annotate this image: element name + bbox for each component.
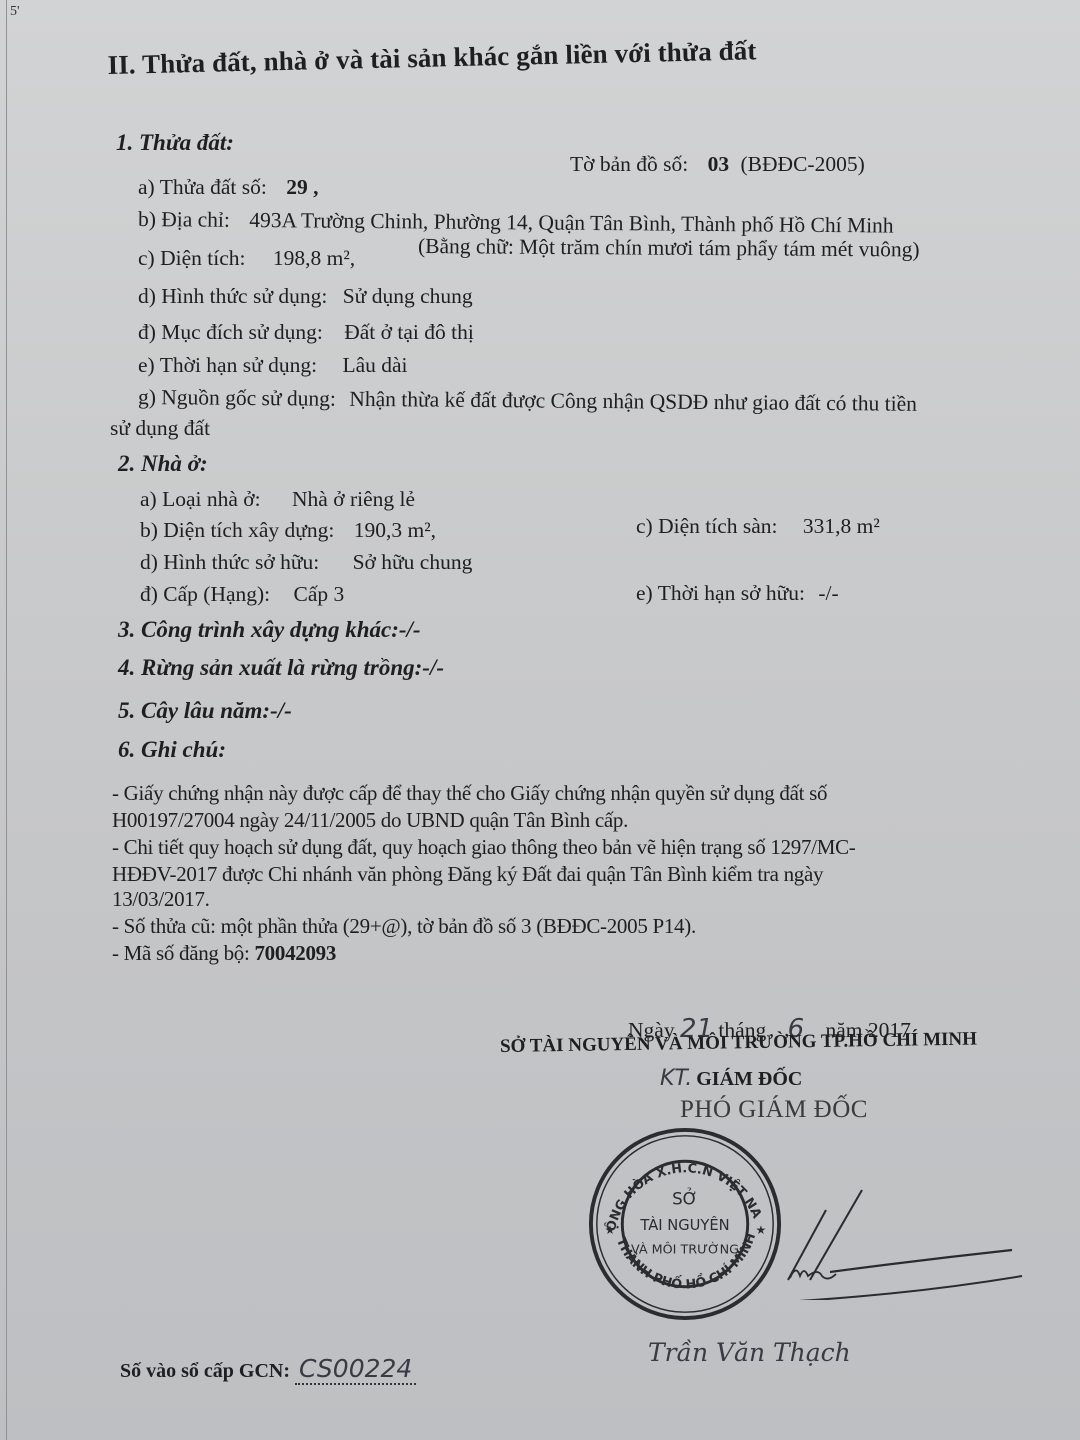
kt-handwritten: KT. xyxy=(660,1066,692,1091)
house-type: a) Loại nhà ở: Nhà ở riêng lẻ xyxy=(140,487,415,512)
map-sheet-value: 03 xyxy=(708,152,730,176)
use-term: e) Thời hạn sử dụng: Lâu dài xyxy=(138,353,408,378)
gcn-entry: Số vào sổ cấp GCN: CS00224 xyxy=(120,1354,416,1383)
note-line: - Chi tiết quy hoạch sử dụng đất, quy ho… xyxy=(112,835,855,860)
svg-text:THÀNH PHỐ HỒ CHÍ MINH: THÀNH PHỐ HỒ CHÍ MINH xyxy=(613,1231,759,1292)
map-sheet-note: (BĐĐC-2005) xyxy=(741,152,865,176)
purpose-label: đ) Mục đích sử dụng: xyxy=(138,320,323,344)
purpose: đ) Mục đích sử dụng: Đất ở tại đô thị xyxy=(138,320,474,345)
house-heading: 2. Nhà ở: xyxy=(118,451,208,477)
use-form-value: Sử dụng chung xyxy=(343,284,473,308)
gcn-value: CS00224 xyxy=(295,1354,416,1385)
ownership-term-value: -/- xyxy=(818,581,838,605)
svg-text:VÀ MÔI TRƯỜNG: VÀ MÔI TRƯỜNG xyxy=(631,1241,739,1257)
build-area-label: b) Diện tích xây dựng: xyxy=(140,518,334,542)
corner-mark: 5' xyxy=(10,4,20,20)
ownership-term: e) Thời hạn sở hữu: -/- xyxy=(636,581,839,606)
deputy-director-title: PHÓ GIÁM ĐỐC xyxy=(680,1096,868,1124)
svg-text:SỞ: SỞ xyxy=(672,1188,698,1208)
parcel-number: a) Thửa đất số: 29 , xyxy=(138,175,319,200)
signature-icon xyxy=(770,1180,1030,1300)
use-term-value: Lâu dài xyxy=(342,353,407,377)
registry-label: - Mã số đăng bộ: xyxy=(112,941,250,965)
notes-heading: 6. Ghi chú: xyxy=(118,737,226,763)
other-construction: 3. Công trình xây dựng khác:-/- xyxy=(118,617,421,643)
origin-value-line2: sử dụng đất xyxy=(110,416,210,441)
floor-area-label: c) Diện tích sàn: xyxy=(636,514,778,538)
production-forest: 4. Rừng sản xuất là rừng trồng:-/- xyxy=(118,655,444,681)
parcel-label: a) Thửa đất số: xyxy=(138,175,267,199)
director-label: GIÁM ĐỐC xyxy=(696,1068,802,1090)
section-title: II. Thửa đất, nhà ở và tài sản khác gắn … xyxy=(107,35,756,81)
floor-area: c) Diện tích sàn: 331,8 m² xyxy=(636,514,880,539)
land-heading: 1. Thửa đất: xyxy=(116,130,234,156)
director-title: KT. GIÁM ĐỐC xyxy=(660,1066,802,1091)
origin: g) Nguồn gốc sử dụng: Nhận thừa kế đất đ… xyxy=(138,385,917,417)
origin-value-line1: Nhận thừa kế đất được Công nhận QSDĐ như… xyxy=(349,387,917,416)
parcel-value: 29 , xyxy=(286,175,318,199)
ownership-value: Sở hữu chung xyxy=(353,550,473,574)
note-line: HĐĐV-2017 được Chi nhánh văn phòng Đăng … xyxy=(112,862,823,887)
page-edge-line xyxy=(6,0,7,1440)
map-sheet-label: Tờ bản đồ số: xyxy=(570,152,688,176)
area-words: (Bằng chữ: Một trăm chín mươi tám phẩy t… xyxy=(418,234,920,263)
address-label: b) Địa chỉ: xyxy=(138,207,230,232)
note-line: - Số thửa cũ: một phần thửa (29+@), tờ b… xyxy=(112,914,696,939)
area-value: 198,8 m², xyxy=(273,246,355,270)
note-line: H00197/27004 ngày 24/11/2005 do UBND quậ… xyxy=(112,808,628,833)
ownership-term-label: e) Thời hạn sở hữu: xyxy=(636,581,805,605)
perennial-trees: 5. Cây lâu năm:-/- xyxy=(118,698,292,724)
build-area: b) Diện tích xây dựng: 190,3 m², xyxy=(140,518,436,543)
origin-label: g) Nguồn gốc sử dụng: xyxy=(138,385,336,411)
grade-label: đ) Cấp (Hạng): xyxy=(140,582,270,606)
map-sheet: Tờ bản đồ số: 03 (BĐĐC-2005) xyxy=(570,152,865,177)
svg-text:TÀI NGUYÊN: TÀI NGUYÊN xyxy=(639,1216,729,1234)
registry-value: 70042093 xyxy=(254,941,336,965)
area-label: c) Diện tích: xyxy=(138,246,245,270)
ownership: d) Hình thức sở hữu: Sở hữu chung xyxy=(140,550,472,575)
area: c) Diện tích: 198,8 m², xyxy=(138,246,355,271)
ownership-label: d) Hình thức sở hữu: xyxy=(140,550,319,574)
grade-value: Cấp 3 xyxy=(294,582,345,606)
svg-text:★: ★ xyxy=(756,1224,767,1237)
note-line: 13/03/2017. xyxy=(112,887,210,912)
build-area-value: 190,3 m², xyxy=(354,518,436,542)
use-form: d) Hình thức sử dụng: Sử dụng chung xyxy=(138,284,473,309)
svg-text:★: ★ xyxy=(605,1224,616,1237)
house-type-label: a) Loại nhà ở: xyxy=(140,487,261,511)
address-value: 493A Trường Chinh, Phường 14, Quận Tân B… xyxy=(249,208,894,238)
registry-code: - Mã số đăng bộ: 70042093 xyxy=(112,941,336,966)
use-form-label: d) Hình thức sử dụng: xyxy=(138,284,327,308)
official-seal-icon: CỘNG HÒA X.H.C.N VIỆT NAM THÀNH PHỐ HỒ C… xyxy=(587,1126,783,1322)
use-term-label: e) Thời hạn sử dụng: xyxy=(138,353,317,377)
house-type-value: Nhà ở riêng lẻ xyxy=(292,487,415,511)
signer-name: Trần Văn Thạch xyxy=(648,1338,851,1367)
gcn-label: Số vào sổ cấp GCN: xyxy=(120,1360,290,1382)
issuing-organization: SỞ TÀI NGUYÊN VÀ MÔI TRƯỜNG TP.HỒ CHÍ MI… xyxy=(500,1029,977,1058)
floor-area-value: 331,8 m² xyxy=(803,514,880,538)
note-line: - Giấy chứng nhận này được cấp để thay t… xyxy=(112,781,827,806)
grade: đ) Cấp (Hạng): Cấp 3 xyxy=(140,582,344,607)
purpose-value: Đất ở tại đô thị xyxy=(344,320,474,344)
